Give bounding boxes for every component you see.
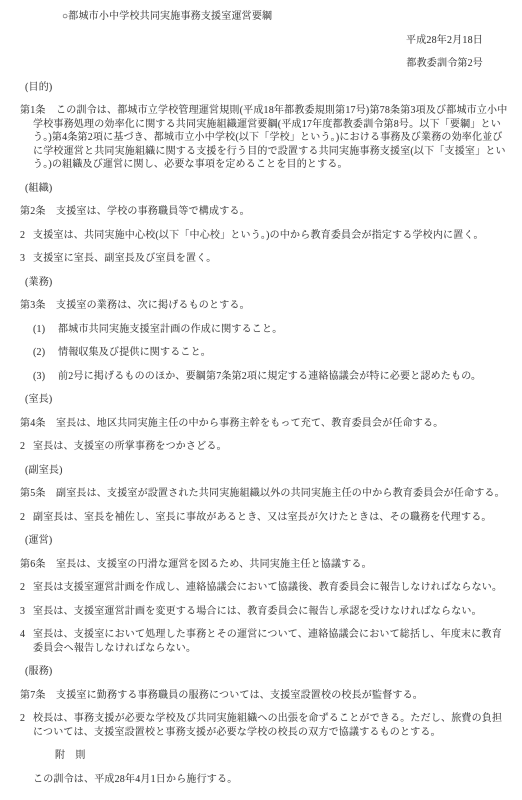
article-3-list-item-3: (3)前2号に掲げるもののほか、要綱第7条第2項に規定する連絡協議会が特に必要と… (33, 370, 508, 384)
article-6-item-2-label: 2 (20, 581, 33, 595)
document-page: ○都城市小中学校共同実施事務支援室運営要綱 平成28年2月18日 都教委訓令第2… (0, 0, 522, 800)
article-5-text: 副室長は、支援室が設置された共同実施組織以外の共同実施主任の中から教育委員会が任… (56, 488, 505, 499)
article-5-label: 第5条 (20, 487, 56, 501)
article-5-paragraph: 第5条副室長は、支援室が設置された共同実施組織以外の共同実施主任の中から教育委員… (20, 487, 508, 501)
article-3-text: 支援室の業務は、次に掲げるものとする。 (56, 300, 250, 311)
article-7-paragraph: 第7条支援室に勤務する事務職員の服務については、支援室設置校の校長が監督する。 (20, 689, 508, 703)
article-7-item-2-label: 2 (20, 712, 33, 726)
promulgation-date: 平成28年2月18日 (20, 34, 483, 48)
decree-number: 都教委訓令第2号 (20, 57, 483, 71)
article-2-paragraph: 第2条支援室は、学校の事務職員等で構成する。 (20, 205, 508, 219)
section-heading-operation: (運営) (25, 534, 508, 548)
article-6-paragraph: 第6条室長は、支援室の円滑な運営を図るため、共同実施主任と協議する。 (20, 558, 508, 572)
article-6-item-2-text: 室長は支援室運営計画を作成し、連絡協議会において協議後、教育委員会に報告しなけれ… (33, 582, 502, 593)
section-heading-purpose: (目的) (25, 81, 508, 95)
article-5-item-2-label: 2 (20, 511, 33, 525)
article-6-item-3-text: 室長は、支援室運営計画を変更する場合には、教育委員会に報告し承認を受けなければな… (33, 606, 482, 617)
article-1-text: この訓令は、都城市立学校管理運営規則(平成18年都教委規則第17号)第78条第3… (33, 105, 507, 170)
article-7-label: 第7条 (20, 689, 56, 703)
article-2-item-3-label: 3 (20, 252, 33, 266)
article-2-item-3: 3支援室に室長、副室長及び室員を置く。 (20, 252, 508, 266)
article-2-label: 第2条 (20, 205, 56, 219)
article-4-item-2: 2室長は、支援室の所掌事務をつかさどる。 (20, 440, 508, 454)
article-2-item-2-text: 支援室は、共同実施中心校(以下「中心校」という。)の中から教育委員会が指定する学… (33, 230, 484, 241)
article-3-list-item-3-label: (3) (33, 370, 58, 384)
article-4-item-2-label: 2 (20, 440, 33, 454)
article-6-item-2: 2室長は支援室運営計画を作成し、連絡協議会において協議後、教育委員会に報告しなけ… (20, 581, 508, 595)
article-3-paragraph: 第3条支援室の業務は、次に掲げるものとする。 (20, 299, 508, 313)
article-6-item-3: 3室長は、支援室運営計画を変更する場合には、教育委員会に報告し承認を受けなければ… (20, 605, 508, 619)
enforcement-date-clause: この訓令は、平成28年4月1日から施行する。 (33, 773, 508, 787)
section-heading-organization: (組織) (25, 182, 508, 196)
article-3-list-item-2-text: 情報収集及び提供に関すること。 (58, 347, 211, 358)
article-7-item-2-text: 校長は、事務支援が必要な学校及び共同実施組織への出張を命ずることができる。ただし… (33, 713, 502, 738)
article-4-paragraph: 第4条室長は、地区共同実施主任の中から事務主幹をもって充て、教育委員会が任命する… (20, 417, 508, 431)
article-3-list-item-1-text: 都城市共同実施支援室計画の作成に関すること。 (58, 324, 282, 335)
article-2-text: 支援室は、学校の事務職員等で構成する。 (56, 206, 250, 217)
article-3-list-item-1-label: (1) (33, 323, 58, 337)
article-6-text: 室長は、支援室の円滑な運営を図るため、共同実施主任と協議する。 (56, 559, 372, 570)
article-3-label: 第3条 (20, 299, 56, 313)
article-4-text: 室長は、地区共同実施主任の中から事務主幹をもって充て、教育委員会が任命する。 (56, 418, 443, 429)
article-3-list-item-3-text: 前2号に掲げるもののほか、要綱第7条第2項に規定する連絡協議会が特に必要と認めた… (58, 371, 481, 382)
article-2-item-3-text: 支援室に室長、副室長及び室員を置く。 (33, 253, 216, 264)
article-6-item-3-label: 3 (20, 605, 33, 619)
article-5-item-2-text: 副室長は、室長を補佐し、室長に事故があるとき、又は室長が欠けたときは、その職務を… (33, 512, 492, 523)
article-6-label: 第6条 (20, 558, 56, 572)
section-heading-deputy-chief: (副室長) (25, 464, 508, 478)
article-3-list-item-2-label: (2) (33, 346, 58, 360)
article-2-item-2-label: 2 (20, 229, 33, 243)
document-title: ○都城市小中学校共同実施事務支援室運営要綱 (62, 10, 508, 24)
article-7-item-2: 2校長は、事務支援が必要な学校及び共同実施組織への出張を命ずることができる。ただ… (20, 712, 508, 739)
article-4-label: 第4条 (20, 417, 56, 431)
article-3-list-item-1: (1)都城市共同実施支援室計画の作成に関すること。 (33, 323, 508, 337)
section-heading-duties: (業務) (25, 276, 508, 290)
article-3-list-item-2: (2)情報収集及び提供に関すること。 (33, 346, 508, 360)
article-7-text: 支援室に勤務する事務職員の服務については、支援室設置校の校長が監督する。 (56, 690, 423, 701)
article-5-item-2: 2副室長は、室長を補佐し、室長に事故があるとき、又は室長が欠けたときは、その職務… (20, 511, 508, 525)
article-1-label: 第1条 (20, 104, 56, 118)
section-heading-chief: (室長) (25, 393, 508, 407)
article-2-item-2: 2支援室は、共同実施中心校(以下「中心校」という。)の中から教育委員会が指定する… (20, 229, 508, 243)
section-heading-service: (服務) (25, 665, 508, 679)
article-4-item-2-text: 室長は、支援室の所掌事務をつかさどる。 (33, 441, 227, 452)
supplementary-provisions-heading: 附 則 (55, 749, 508, 763)
article-1-paragraph: 第1条この訓令は、都城市立学校管理運営規則(平成18年都教委規則第17号)第78… (20, 104, 508, 172)
article-6-item-4-label: 4 (20, 628, 33, 642)
article-6-item-4: 4室長は、支援室において処理した事務とその運営について、連絡協議会において総括し… (20, 628, 508, 655)
article-6-item-4-text: 室長は、支援室において処理した事務とその運営について、連絡協議会において総括し、… (33, 629, 502, 654)
